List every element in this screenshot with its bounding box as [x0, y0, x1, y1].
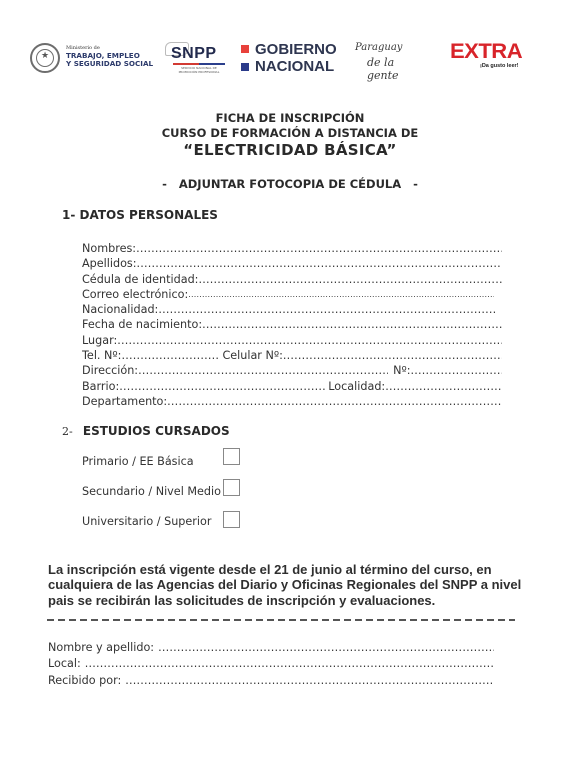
fill-line[interactable] — [117, 333, 502, 348]
cut-line-divider — [47, 619, 515, 621]
field-label: Lugar: — [82, 333, 117, 348]
red-square-icon — [241, 45, 249, 53]
fill-line[interactable] — [138, 363, 388, 378]
fill-line[interactable] — [202, 317, 502, 332]
field-nombres[interactable]: Nombres: — [82, 241, 502, 256]
field-label: Correo electrónico: — [82, 287, 188, 302]
field-departamento[interactable]: Departamento: — [82, 394, 502, 409]
field-label: Nombre y apellido: — [48, 640, 154, 656]
fill-line[interactable] — [137, 256, 502, 271]
field-apellidos[interactable]: Apellidos: — [82, 256, 502, 271]
field-direccion[interactable]: Dirección:Nº: — [82, 363, 502, 378]
extra-logo-text: EXTRA — [450, 41, 522, 63]
fill-line[interactable] — [283, 348, 502, 363]
field-label: Nacionalidad: — [82, 302, 158, 317]
personal-data-fields: Nombres: Apellidos: Cédula de identidad:… — [82, 241, 502, 409]
registration-notice: La inscripción está vigente desde el 21 … — [48, 562, 538, 608]
extra-logo: EXTRA ¡Da gusto leer! — [450, 41, 532, 75]
gobierno-nacional-text: GOBIERNO NACIONAL — [255, 42, 337, 75]
receipt-fields: Nombre y apellido: Local: Recibido por: — [48, 640, 494, 689]
field-nacionalidad[interactable]: Nacionalidad: — [82, 302, 502, 317]
fill-line[interactable] — [125, 673, 494, 689]
field-telefono[interactable]: Tel. Nº:Celular Nº: — [82, 348, 502, 363]
fill-line[interactable] — [136, 241, 502, 256]
section-heading-personal: 1- DATOS PERSONALES — [62, 208, 218, 222]
course-title: CURSO DE FORMACIÓN A DISTANCIA DE — [0, 126, 580, 140]
field-label: Recibido por: — [48, 673, 121, 689]
checkbox-secundario[interactable] — [223, 479, 240, 496]
field-label: Dirección: — [82, 363, 138, 378]
attach-id-note: - ADJUNTAR FOTOCOPIA DE CÉDULA - — [0, 177, 580, 191]
paraguay-logo-line2: de la gente — [367, 56, 419, 82]
snpp-flag-bar — [173, 63, 225, 65]
extra-logo-tagline: ¡Da gusto leer! — [480, 63, 519, 69]
field-label: Celular Nº: — [222, 348, 282, 363]
field-label: Local: — [48, 656, 81, 672]
study-option-label: Primario / EE Básica — [82, 455, 194, 468]
section-title: ESTUDIOS CURSADOS — [83, 424, 230, 438]
course-name: “ELECTRICIDAD BÁSICA” — [0, 141, 580, 159]
blue-square-icon — [241, 63, 249, 71]
checkbox-primario[interactable] — [223, 448, 240, 465]
field-label: Localidad: — [328, 379, 385, 394]
checkbox-universitario[interactable] — [223, 511, 240, 528]
field-correo[interactable]: Correo electrónico: — [82, 287, 502, 302]
study-option-label: Secundario / Nivel Medio — [82, 485, 221, 498]
paraguay-logo-line1: Paraguay — [355, 42, 402, 53]
fill-line[interactable] — [188, 287, 494, 302]
field-nombre-apellido[interactable]: Nombre y apellido: — [48, 640, 494, 656]
field-label: Tel. Nº: — [82, 348, 121, 363]
section-title: DATOS PERSONALES — [80, 208, 218, 222]
field-fecha-nacimiento[interactable]: Fecha de nacimiento: — [82, 317, 502, 332]
section-number: 1- — [62, 208, 75, 222]
snpp-logo: SNPP SERVICIO NACIONAL DE PROMOCIÓN PROF… — [163, 40, 233, 78]
fill-line[interactable] — [121, 348, 219, 363]
field-recibido-por[interactable]: Recibido por: — [48, 673, 494, 689]
field-barrio[interactable]: Barrio:Localidad: — [82, 379, 502, 394]
snpp-logo-subtitle: SERVICIO NACIONAL DE PROMOCIÓN PROFESION… — [174, 67, 224, 74]
field-cedula[interactable]: Cédula de identidad: — [82, 272, 502, 287]
field-local[interactable]: Local: — [48, 656, 494, 672]
fill-line[interactable] — [167, 394, 502, 409]
form-title: FICHA DE INSCRIPCIÓN — [0, 111, 580, 125]
fill-line[interactable] — [198, 272, 502, 287]
gobierno-nacional-logo: GOBIERNO NACIONAL — [241, 43, 346, 77]
mtess-logo: Ministerio de TRABAJO, EMPLEO Y SEGURIDA… — [30, 43, 155, 77]
fill-line[interactable] — [119, 379, 325, 394]
field-label: Fecha de nacimiento: — [82, 317, 202, 332]
paraguay-de-la-gente-logo: Paraguay de la gente — [355, 42, 419, 76]
field-label: Cédula de identidad: — [82, 272, 198, 287]
fill-line[interactable] — [385, 379, 502, 394]
field-label: Apellidos: — [82, 256, 137, 271]
national-seal-icon — [30, 43, 60, 73]
field-label: Nº: — [393, 363, 410, 378]
field-lugar[interactable]: Lugar: — [82, 333, 502, 348]
fill-line[interactable] — [411, 363, 503, 378]
field-label: Nombres: — [82, 241, 136, 256]
fill-line[interactable] — [158, 302, 496, 317]
field-label: Departamento: — [82, 394, 167, 409]
mtess-logo-text: TRABAJO, EMPLEO Y SEGURIDAD SOCIAL — [66, 52, 153, 69]
fill-line[interactable] — [85, 656, 494, 672]
snpp-logo-text: SNPP — [171, 45, 217, 63]
section-heading-studies: 2- ESTUDIOS CURSADOS — [62, 424, 230, 438]
fill-line[interactable] — [158, 640, 494, 656]
section-number: 2- — [62, 425, 73, 438]
study-option-label: Universitario / Superior — [82, 515, 211, 528]
field-label: Barrio: — [82, 379, 119, 394]
